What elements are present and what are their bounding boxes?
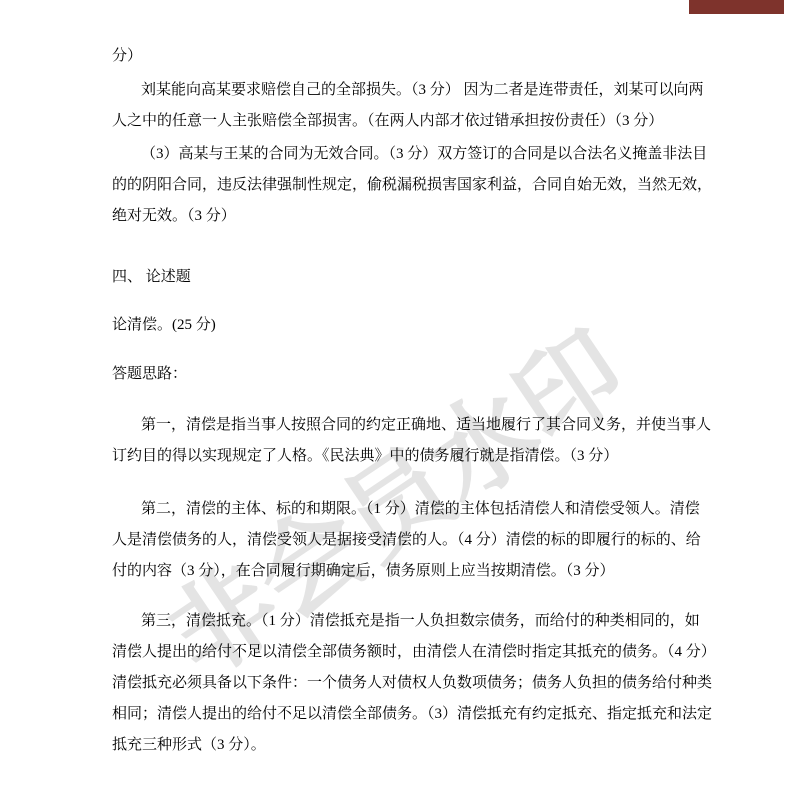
text-line: 人之中的任意一人主张赔偿全部损害。（在两人内部才依过错承担按份责任）（3 分） [112,106,684,137]
paragraph: 第一，清偿是指当事人按照合同的约定正确地、适当地履行了其合同义务，并使当事人订约… [112,410,684,472]
paragraph: 第三，清偿抵充。（1 分）清偿抵充是指一人负担数宗债务，而给付的种类相同的，如清… [112,606,684,761]
paragraph: 第二，清偿的主体、标的和期限。（1 分）清偿的主体包括清偿人和清偿受领人。清偿人… [112,494,684,587]
document-page: 非会员水印 分）刘某能向高某要求赔偿自己的全部损失。（3 分） 因为二者是连带责… [0,0,786,803]
paragraph: 四、 论述题 [112,262,684,293]
text-line: 四、 论述题 [112,262,684,293]
text-line: 清偿人提出的给付不足以清偿全部债务额时，由清偿人在清偿时指定其抵充的债务。（4 … [112,637,684,668]
text-line: （3）高某与王某的合同为无效合同。（3 分）双方签订的合同是以合法名义掩盖非法目 [112,139,684,170]
paragraph: 论清偿。(25 分) [112,310,684,341]
paragraph: 分） [112,41,684,72]
text-line: 绝对无效。（3 分） [112,201,684,232]
text-line: 第一，清偿是指当事人按照合同的约定正确地、适当地履行了其合同义务，并使当事人 [112,410,684,441]
text-line: 付的内容（3 分），在合同履行期确定后，债务原则上应当按期清偿。（3 分） [112,556,684,587]
text-line: 相同；清偿人提出的给付不足以清偿全部债务。（3）清偿抵充有约定抵充、指定抵充和法… [112,699,684,730]
text-line: 订约目的得以实现规定了人格。《民法典》中的债务履行就是指清偿。（3 分） [112,441,684,472]
text-line: 抵充三种形式（3 分）。 [112,730,684,761]
document-content: 分）刘某能向高某要求赔偿自己的全部损失。（3 分） 因为二者是连带责任，刘某可以… [112,41,684,761]
text-line: 的的阴阳合同，违反法律强制性规定，偷税漏税损害国家利益，合同自始无效，当然无效， [112,170,684,201]
text-line: 刘某能向高某要求赔偿自己的全部损失。（3 分） 因为二者是连带责任，刘某可以向两 [112,75,684,106]
paragraph: （3）高某与王某的合同为无效合同。（3 分）双方签订的合同是以合法名义掩盖非法目… [112,139,684,232]
text-line: 第二，清偿的主体、标的和期限。（1 分）清偿的主体包括清偿人和清偿受领人。清偿 [112,494,684,525]
text-line: 答题思路： [112,359,684,390]
text-line: 分） [112,41,684,72]
text-line: 人是清偿债务的人，清偿受领人是据接受清偿的人。（4 分）清偿的标的即履行的标的、… [112,525,684,556]
paragraph: 刘某能向高某要求赔偿自己的全部损失。（3 分） 因为二者是连带责任，刘某可以向两… [112,75,684,137]
text-line: 第三，清偿抵充。（1 分）清偿抵充是指一人负担数宗债务，而给付的种类相同的，如 [112,606,684,637]
red-corner-marker [689,0,784,14]
text-line: 清偿抵充必须具备以下条件：一个债务人对债权人负数项债务；债务人负担的债务给付种类 [112,668,684,699]
text-line: 论清偿。(25 分) [112,310,684,341]
paragraph: 答题思路： [112,359,684,390]
